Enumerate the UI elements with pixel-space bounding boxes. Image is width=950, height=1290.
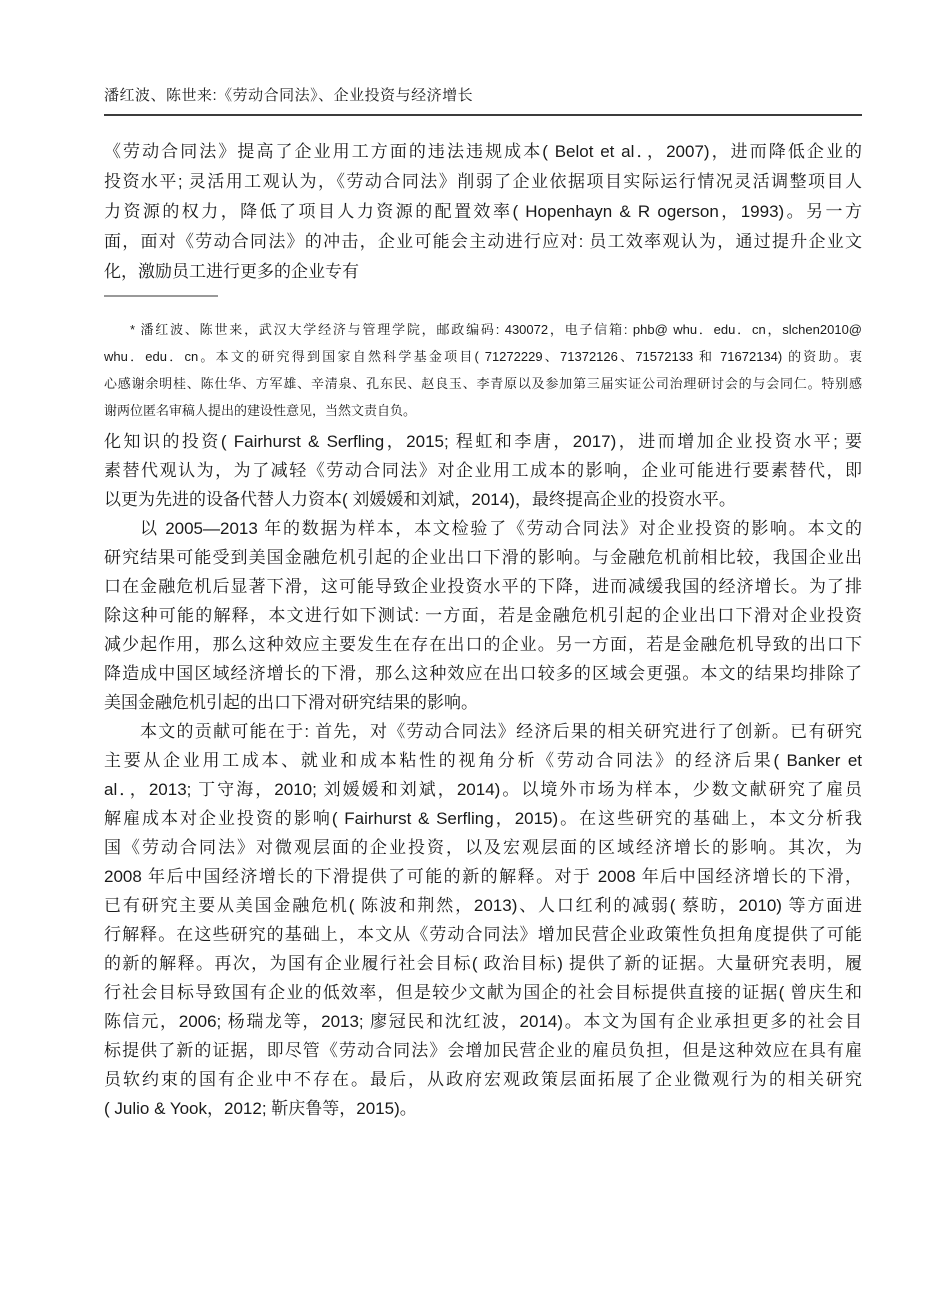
document-page: 潘红波、陈世来:《劳动合同法》、企业投资与经济增长 《劳动合同法》提高了企业用工… bbox=[0, 0, 950, 1290]
text-line: 化，激励员工进行更多的企业专有 bbox=[104, 257, 862, 287]
text-line: 素替代观认为，为了减轻《劳动合同法》对企业用工成本的影响，企业可能进行要素替代，… bbox=[104, 456, 862, 485]
text-line: 以更为先进的设备代替人力资本( 刘媛媛和刘斌，2014)，最终提高企业的投资水平… bbox=[104, 485, 862, 514]
text-line: 的新的解释。再次，为国有企业履行社会目标( 政治目标) 提供了新的证据。大量研究… bbox=[104, 949, 862, 978]
text-line: 减少起作用，那么这种效应主要发生在存在出口的企业。另一方面，若是金融危机导致的出… bbox=[104, 630, 862, 659]
text-line: 主要从企业用工成本、就业和成本粘性的视角分析《劳动合同法》的经济后果( Bank… bbox=[104, 746, 862, 775]
text-line: 投资水平; 灵活用工观认为，《劳动合同法》削弱了企业依据项目实际运行情况灵活调整… bbox=[104, 167, 862, 197]
text-line: 《劳动合同法》提高了企业用工方面的违法违规成本( Belot et al．，20… bbox=[104, 137, 862, 167]
text-line: 员软约束的国有企业中不存在。最后，从政府宏观政策层面拓展了企业微观行为的相关研究 bbox=[104, 1065, 862, 1094]
text-line: * 潘红波、陈世来，武汉大学经济与管理学院，邮政编码: 430072，电子信箱:… bbox=[104, 316, 862, 343]
header-rule bbox=[104, 114, 862, 116]
text-line: 本文的贡献可能在于: 首先，对《劳动合同法》经济后果的相关研究进行了创新。已有研… bbox=[104, 717, 862, 746]
text-line: 2008 年后中国经济增长的下滑提供了可能的新的解释。对于 2008 年后中国经… bbox=[104, 862, 862, 891]
text-line: 化知识的投资( Fairhurst & Serfling，2015; 程虹和李唐… bbox=[104, 427, 862, 456]
text-line: 心感谢余明桂、陈仕华、方军雄、辛清泉、孔东民、赵良玉、李青原以及参加第三届实证公… bbox=[104, 370, 862, 397]
text-line: 力资源的权力，降低了项目人力资源的配置效率( Hopenhayn & R oge… bbox=[104, 197, 862, 227]
text-line: 行解释。在这些研究的基础上，本文从《劳动合同法》增加民营企业政策性负担角度提供了… bbox=[104, 920, 862, 949]
text-line: al．，2013; 丁守海，2010; 刘媛媛和刘斌，2014)。以境外市场为样… bbox=[104, 775, 862, 804]
text-line: whu．edu．cn。本文的研究得到国家自然科学基金项目( 71272229、7… bbox=[104, 343, 862, 370]
text-line: 研究结果可能受到美国金融危机引起的企业出口下滑的影响。与金融危机前相比较，我国企… bbox=[104, 543, 862, 572]
text-line: 已有研究主要从美国金融危机( 陈波和荆然，2013)、人口红利的减弱( 蔡昉，2… bbox=[104, 891, 862, 920]
running-header: 潘红波、陈世来:《劳动合同法》、企业投资与经济增长 bbox=[104, 84, 473, 105]
text-line: ( Julio & Yook，2012; 靳庆鲁等，2015)。 bbox=[104, 1094, 862, 1123]
body-text: 化知识的投资( Fairhurst & Serfling，2015; 程虹和李唐… bbox=[104, 427, 862, 1123]
footnote: * 潘红波、陈世来，武汉大学经济与管理学院，邮政编码: 430072，电子信箱:… bbox=[104, 316, 862, 424]
text-line: 陈信元，2006; 杨瑞龙等，2013; 廖冠民和沈红波，2014)。本文为国有… bbox=[104, 1007, 862, 1036]
text-line: 面，面对《劳动合同法》的冲击，企业可能会主动进行应对: 员工效率观认为，通过提升… bbox=[104, 227, 862, 257]
text-line: 以 2005—2013 年的数据为样本，本文检验了《劳动合同法》对企业投资的影响… bbox=[104, 514, 862, 543]
footnote-separator bbox=[104, 295, 218, 297]
text-line: 行社会目标导致国有企业的低效率，但是较少文献为国企的社会目标提供直接的证据( 曾… bbox=[104, 978, 862, 1007]
text-line: 解雇成本对企业投资的影响( Fairhurst & Serfling，2015)… bbox=[104, 804, 862, 833]
text-line: 口在金融危机后显著下滑，这可能导致企业投资水平的下降，进而减缓我国的经济增长。为… bbox=[104, 572, 862, 601]
text-line: 美国金融危机引起的出口下滑对研究结果的影响。 bbox=[104, 688, 862, 717]
text-line: 标提供了新的证据，即尽管《劳动合同法》会增加民营企业的雇员负担，但是这种效应在具… bbox=[104, 1036, 862, 1065]
paragraph-top: 《劳动合同法》提高了企业用工方面的违法违规成本( Belot et al．，20… bbox=[104, 137, 862, 287]
text-line: 国《劳动合同法》对微观层面的企业投资，以及宏观层面的区域经济增长的影响。其次，为 bbox=[104, 833, 862, 862]
text-line: 降造成中国区域经济增长的下滑，那么这种效应在出口较多的区域会更强。本文的结果均排… bbox=[104, 659, 862, 688]
text-line: 谢两位匿名审稿人提出的建设性意见，当然文责自负。 bbox=[104, 397, 862, 424]
text-line: 除这种可能的解释，本文进行如下测试: 一方面，若是金融危机引起的企业出口下滑对企… bbox=[104, 601, 862, 630]
